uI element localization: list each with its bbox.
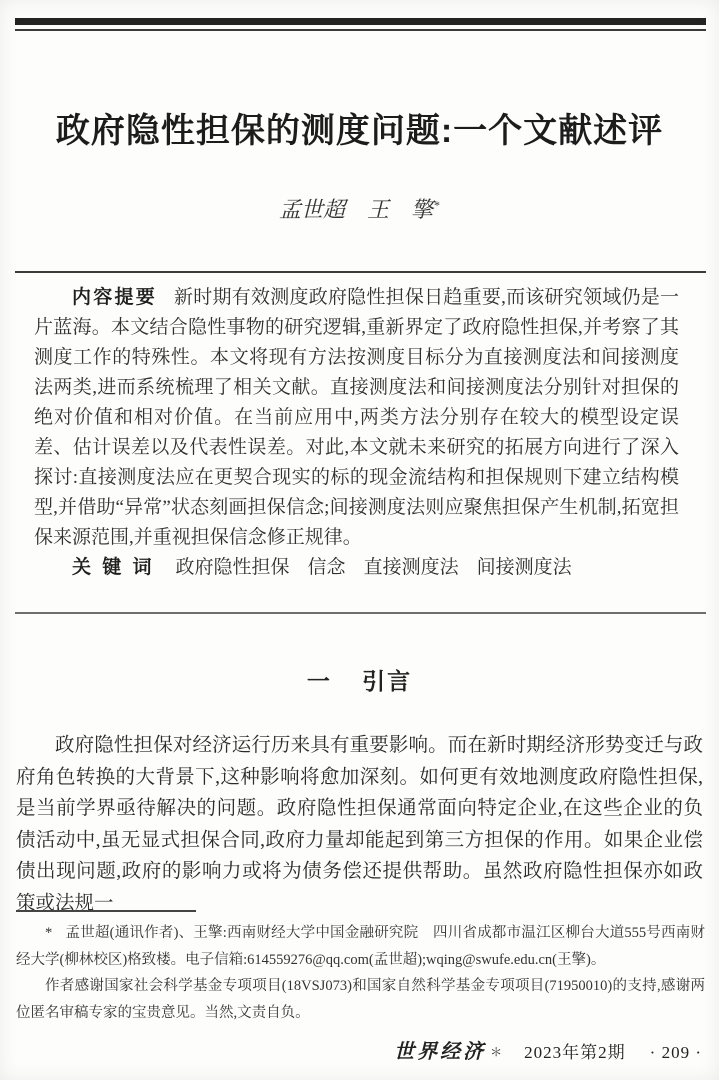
section-heading: 一引言 (0, 663, 719, 696)
abstract-text: 新时期有效测度政府隐性担保日趋重要,而该研究领域仍是一片蓝海。本文结合隐性事物的… (34, 287, 679, 548)
footnote-affiliation-text: 孟世超(通讯作者)、王擎:西南财经大学中国金融研究院 四川省成都市温江区柳台大道… (16, 925, 705, 968)
keyword: 政府隐性担保 (175, 557, 289, 578)
abstract-bottom-rule (15, 612, 706, 614)
body-paragraph: 政府隐性担保对经济运行历来具有重要影响。而在新时期经济形势变迁与政府角色转换的大… (16, 730, 703, 919)
abstract-block: 内容提要新时期有效测度政府隐性担保日趋重要,而该研究领域仍是一片蓝海。本文结合隐… (34, 283, 679, 583)
keywords-label: 关 键 词 (72, 557, 155, 578)
footnote-rule (16, 910, 196, 912)
page-number: · 209 · (650, 1043, 702, 1063)
author-line: 孟世超 王 擎* (0, 193, 719, 224)
page-footer: 世界经济 ＊ 2023年第2期 · 209 · (394, 1035, 702, 1064)
paper-page: 政府隐性担保的测度问题:一个文献述评 孟世超 王 擎* 内容提要新时期有效测度政… (0, 0, 719, 1080)
issue-label: 2023年第2期 (524, 1038, 626, 1063)
keyword: 间接测度法 (477, 557, 572, 578)
keyword: 直接测度法 (364, 557, 459, 578)
abstract-top-rule (15, 271, 706, 273)
author-note-mark: * (434, 198, 440, 212)
abstract-paragraph: 内容提要新时期有效测度政府隐性担保日趋重要,而该研究领域仍是一片蓝海。本文结合隐… (34, 283, 679, 553)
footnotes-block: *孟世超(通讯作者)、王擎:西南财经大学中国金融研究院 四川省成都市温江区柳台大… (16, 920, 705, 1026)
author-names: 孟世超 王 擎 (279, 197, 433, 222)
footnote-mark: * (45, 925, 52, 941)
top-rule-thick (15, 18, 706, 25)
section-title: 引言 (362, 668, 412, 694)
footnote-acknowledgement: 作者感谢国家社会科学基金专项项目(18VSJ073)和国家自然科学基金专项项目(… (16, 973, 705, 1026)
article-title: 政府隐性担保的测度问题:一个文献述评 (0, 103, 719, 152)
keywords-line: 关 键 词政府隐性担保信念直接测度法间接测度法 (34, 553, 679, 583)
abstract-label: 内容提要 (72, 287, 157, 308)
section-number: 一 (307, 668, 330, 694)
footnote-affiliation: *孟世超(通讯作者)、王擎:西南财经大学中国金融研究院 四川省成都市温江区柳台大… (16, 920, 705, 973)
keyword: 信念 (308, 557, 346, 578)
journal-name: 世界经济 (394, 1035, 486, 1064)
footer-star-icon: ＊ (490, 1043, 502, 1060)
top-rule-thin (15, 29, 706, 31)
